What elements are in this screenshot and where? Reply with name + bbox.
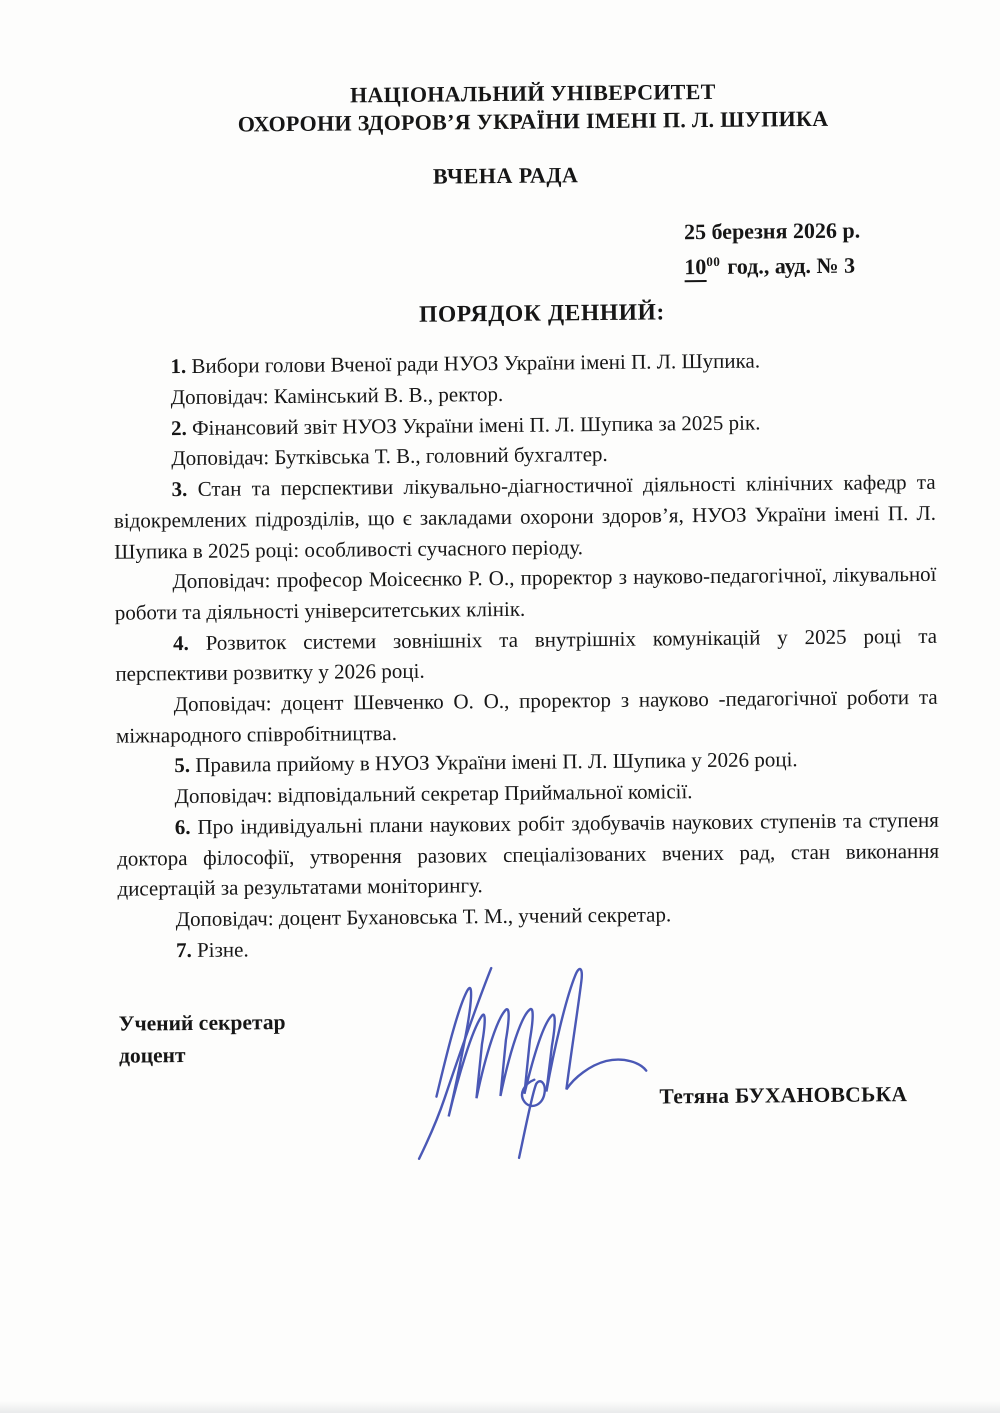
meeting-time-suffix: год., ауд. № 3 — [727, 253, 855, 279]
item-text: Різне. — [197, 937, 249, 961]
signature-position: доцент — [119, 1038, 286, 1072]
agenda-item-3: 3. Стан та перспективи лікувально-діагно… — [113, 467, 936, 567]
item-number: 4. — [173, 631, 189, 655]
item-number: 5. — [174, 753, 190, 777]
item-text: Правила прийому в НУОЗ України імені П. … — [195, 748, 798, 778]
meeting-hour: 10 — [684, 254, 706, 282]
handwritten-signature-ink — [373, 958, 675, 1171]
scanned-content: НАЦІОНАЛЬНИЙ УНІВЕРСИТЕТ ОХОРОНИ ЗДОРОВ’… — [0, 0, 1000, 1413]
meeting-minutes: 00 — [706, 254, 720, 269]
document-page: НАЦІОНАЛЬНИЙ УНІВЕРСИТЕТ ОХОРОНИ ЗДОРОВ’… — [0, 0, 1000, 1413]
signature-roles: Учений секретар доцент — [119, 1006, 286, 1072]
scan-edge-shadow — [0, 1401, 1000, 1413]
item-text: Про індивідуальні плани наукових робіт з… — [117, 808, 939, 901]
meeting-time-room: 1000год., ауд. № 3 — [684, 246, 860, 283]
item-number: 1. — [170, 354, 186, 378]
speaker-line-4: Доповідач: доцент Шевченко О. О., прорек… — [116, 682, 939, 751]
agenda-title: ПОРЯДОК ДЕННИЙ: — [42, 296, 1000, 333]
signature-block: Учений секретар доцент Тетяна БУХАНОВСЬК… — [119, 998, 943, 1256]
item-text: Вибори голови Вченої ради НУОЗ України і… — [191, 349, 760, 378]
signature-role: Учений секретар — [119, 1006, 286, 1040]
meeting-date: 25 березня 2026 р. — [684, 216, 860, 248]
speaker-line-3: Доповідач: професор Моісеєнко Р. О., про… — [114, 559, 937, 628]
item-number: 7. — [176, 938, 192, 962]
signatory-name: Тетяна БУХАНОВСЬКА — [659, 1082, 907, 1109]
agenda-item-4: 4. Розвиток системи зовнішніх та внутріш… — [115, 620, 938, 689]
item-text: Фінансовий звіт НУОЗ України імені П. Л.… — [192, 410, 761, 439]
item-number: 2. — [171, 416, 187, 440]
agenda-list: 1. Вибори голови Вченої ради НУОЗ Україн… — [112, 344, 940, 966]
agenda-item-6: 6. Про індивідуальні плани наукових робі… — [117, 805, 940, 905]
item-number: 6. — [175, 815, 191, 839]
item-text: Стан та перспективи лікувально-діагности… — [114, 470, 936, 563]
item-number: 3. — [171, 477, 187, 501]
council-title: ВЧЕНА РАДА — [6, 158, 1000, 194]
meeting-info: 25 березня 2026 р. 1000год., ауд. № 3 — [684, 216, 861, 283]
item-text: Розвиток системи зовнішніх та внутрішніх… — [115, 623, 937, 686]
university-header: НАЦІОНАЛЬНИЙ УНІВЕРСИТЕТ ОХОРОНИ ЗДОРОВ’… — [117, 76, 949, 140]
